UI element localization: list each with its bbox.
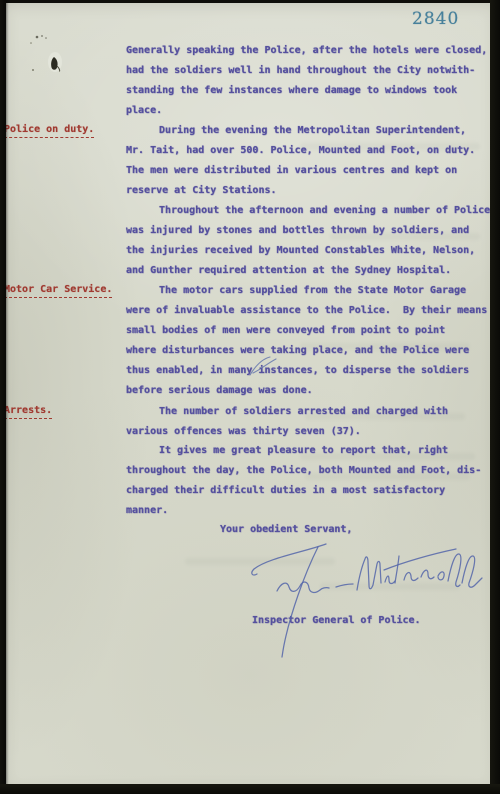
paragraph-closing-remarks: It gives me great pleasure to report tha… (126, 441, 494, 521)
paragraph-arrests: Arrests. The number of soldiers arrested… (126, 402, 494, 442)
scan-edge-right (490, 0, 500, 794)
paragraph-text: During the evening the Metropolitan Supe… (126, 121, 494, 201)
margin-heading-motor-car-service: Motor Car Service. (4, 283, 112, 298)
paragraph-text: Throughout the afternoon and evening a n… (126, 201, 494, 281)
paragraph-police-injured: Throughout the afternoon and evening a n… (126, 201, 494, 281)
paragraph-text: It gives me great pleasure to report tha… (126, 441, 494, 521)
paragraph-text: Generally speaking the Police, after the… (126, 41, 494, 121)
scan-edge-top (0, 0, 500, 3)
margin-heading-arrests: Arrests. (4, 404, 52, 419)
paragraph-generally-speaking: Generally speaking the Police, after the… (126, 41, 494, 121)
ink-blot-marks (0, 0, 90, 90)
scan-edge-left (0, 0, 6, 794)
document-page: 2840 Generally speaking the Police, afte… (0, 0, 500, 794)
paragraph-motor-car-service: Motor Car Service. The motor cars suppli… (126, 281, 494, 401)
margin-heading-police-on-duty: Police on duty. (4, 123, 94, 138)
paragraph-text: The motor cars supplied from the State M… (126, 281, 494, 401)
signature-james-mitchell (225, 515, 490, 665)
scan-edge-bottom (0, 784, 500, 794)
paragraph-police-on-duty: Police on duty. During the evening the M… (126, 121, 494, 201)
paragraph-text: The number of soldiers arrested and char… (126, 402, 494, 442)
handwritten-correction-mark (246, 355, 290, 379)
page-number-stamp: 2840 (412, 9, 459, 29)
